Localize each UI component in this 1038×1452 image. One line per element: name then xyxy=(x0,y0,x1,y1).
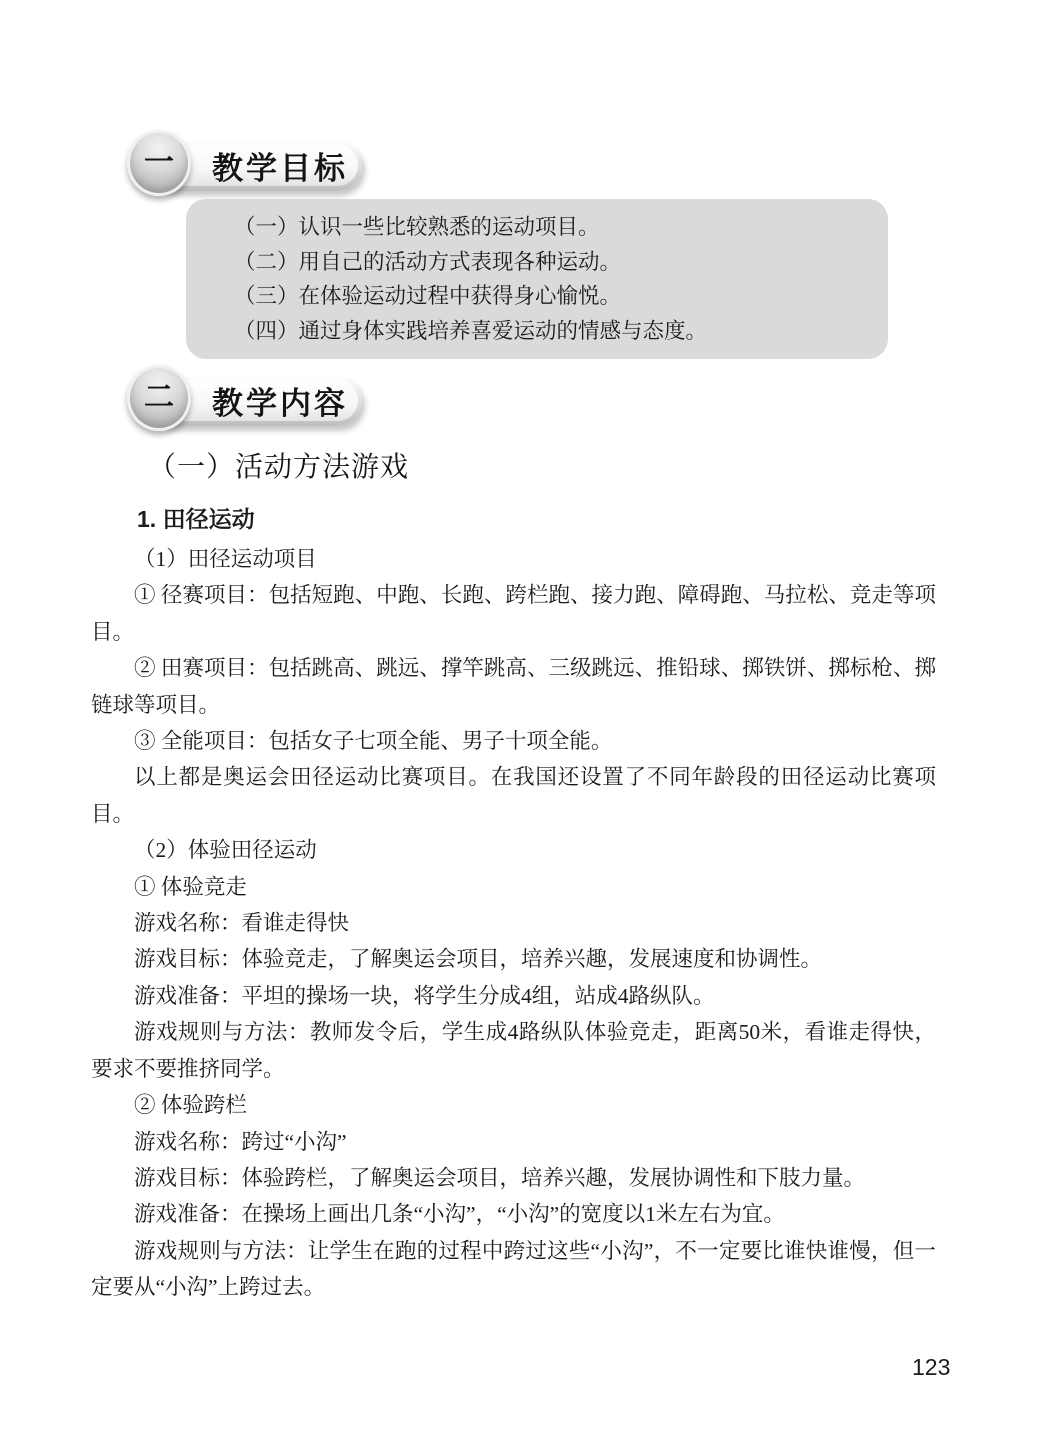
page-number: 123 xyxy=(912,1354,950,1381)
objective-item: （三）在体验运动过程中获得身心愉悦。 xyxy=(234,279,858,314)
body-paragraph: 游戏名称：看谁走得快 xyxy=(91,905,936,941)
body-paragraph: 游戏规则与方法：让学生在跑的过程中跨过这些“小沟”，不一定要比谁快谁慢，但一定要… xyxy=(91,1233,936,1306)
body-paragraph: ③ 全能项目：包括女子七项全能、男子十项全能。 xyxy=(91,723,936,759)
body-paragraph: ② 田赛项目：包括跳高、跳远、撑竿跳高、三级跳远、推铅球、掷铁饼、掷标枪、掷链球… xyxy=(91,650,936,723)
section1-badge-number: 一 xyxy=(144,148,174,178)
body-paragraph: 游戏准备：在操场上画出几条“小沟”，“小沟”的宽度以1米左右为宜。 xyxy=(91,1196,936,1232)
body-text-block: （1）田径运动项目 ① 径赛项目：包括短跑、中跑、长跑、跨栏跑、接力跑、障碍跑、… xyxy=(91,541,936,1306)
section2-badge-number: 二 xyxy=(144,383,174,413)
subsection-heading: （一）活动方法游戏 xyxy=(148,445,409,485)
objective-item: （四）通过身体实践培养喜爱运动的情感与态度。 xyxy=(234,314,858,349)
body-paragraph: 游戏名称：跨过“小沟” xyxy=(91,1124,936,1160)
objective-item: （一）认识一些比较熟悉的运动项目。 xyxy=(234,210,858,245)
document-page: 教学目标 一 （一）认识一些比较熟悉的运动项目。 （二）用自己的活动方式表现各种… xyxy=(0,0,1038,1452)
objective-item: （二）用自己的活动方式表现各种运动。 xyxy=(234,245,858,280)
body-paragraph: （2）体验田径运动 xyxy=(91,832,936,868)
body-paragraph: ① 体验竞走 xyxy=(91,869,936,905)
section1-badge: 一 xyxy=(127,130,191,196)
topic-heading: 1. 田径运动 xyxy=(137,501,255,534)
body-paragraph: ② 体验跨栏 xyxy=(91,1087,936,1123)
body-paragraph: 以上都是奥运会田径运动比赛项目。在我国还设置了不同年龄段的田径运动比赛项目。 xyxy=(91,759,936,832)
section2-title: 教学内容 xyxy=(212,378,348,423)
section2-badge: 二 xyxy=(127,365,191,431)
body-paragraph: 游戏目标：体验竞走，了解奥运会项目，培养兴趣，发展速度和协调性。 xyxy=(91,941,936,977)
body-paragraph: 游戏目标：体验跨栏，了解奥运会项目，培养兴趣，发展协调性和下肢力量。 xyxy=(91,1160,936,1196)
section1-title: 教学目标 xyxy=(212,143,348,188)
body-paragraph: （1）田径运动项目 xyxy=(91,541,936,577)
objectives-box: （一）认识一些比较熟悉的运动项目。 （二）用自己的活动方式表现各种运动。 （三）… xyxy=(186,199,888,359)
body-paragraph: 游戏规则与方法：教师发令后，学生成4路纵队体验竞走，距离50米，看谁走得快，要求… xyxy=(91,1014,936,1087)
body-paragraph: ① 径赛项目：包括短跑、中跑、长跑、跨栏跑、接力跑、障碍跑、马拉松、竞走等项目。 xyxy=(91,577,936,650)
body-paragraph: 游戏准备：平坦的操场一块，将学生分成4组，站成4路纵队。 xyxy=(91,978,936,1014)
